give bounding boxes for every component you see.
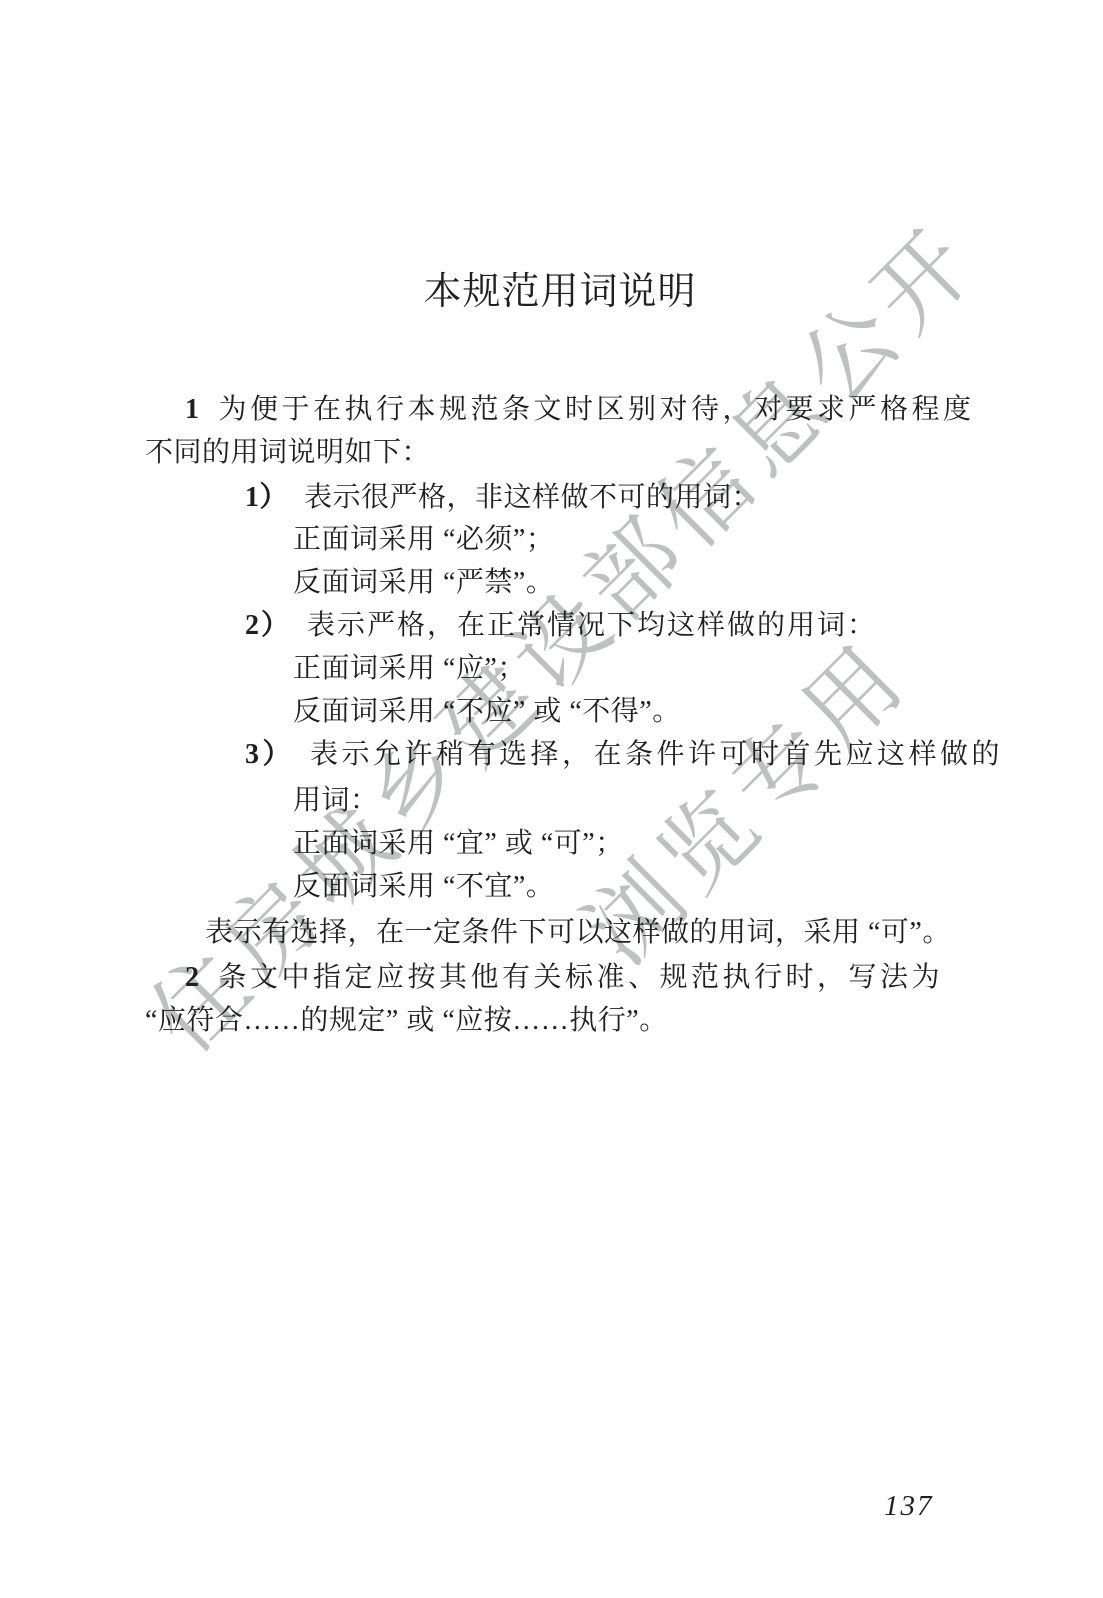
line-text: 正面词采用 “必须”； [293,524,554,555]
body-line: 不同的用词说明如下： [145,431,430,474]
line-text: 表示很严格，非这样做不可的用词： [304,482,760,513]
body-line: 3）表示允许稍有选择，在条件许可时首先应这样做的 [245,733,1003,776]
body-line: 反面词采用 “严禁”。 [293,561,554,604]
line-text: 反面词采用 “不宜”。 [293,871,554,902]
body-line: 正面词采用 “应”； [293,647,526,690]
page-number: 137 [884,1490,934,1523]
item-number: 3） [245,739,294,770]
body-line: 2）表示严格，在正常情况下均这样做的用词： [245,604,877,647]
body-line: “应符合……的规定” 或 “应按……执行”。 [145,999,668,1042]
line-text: 不同的用词说明如下： [145,437,430,468]
page-content: 本规范用词说明 1为便于在执行本规范条文时区别对待，对要求严格程度 不同的用词说… [0,0,1103,1598]
body-line: 表示有选择，在一定条件下可以这样做的用词，采用 “可”。 [205,911,951,954]
line-text: 表示严格，在正常情况下均这样做的用词： [307,610,877,641]
body-line: 2条文中指定应按其他有关标准、规范执行时，写法为 [185,956,943,999]
body-line: 用词： [293,779,379,822]
line-text: “应符合……的规定” 或 “应按……执行”。 [145,1005,668,1036]
line-text: 反面词采用 “严禁”。 [293,567,554,598]
item-number: 2） [245,610,291,641]
line-text: 正面词采用 “宜” 或 “可”； [293,828,624,859]
page-title: 本规范用词说明 [145,268,975,316]
line-text: 条文中指定应按其他有关标准、规范执行时，写法为 [219,962,944,993]
line-text: 正面词采用 “应”； [293,653,526,684]
body-line: 正面词采用 “必须”； [293,518,554,561]
paragraph-number: 2 [185,962,203,993]
item-number: 1） [245,482,288,513]
body-line: 正面词采用 “宜” 或 “可”； [293,822,624,865]
body-line: 1）表示很严格，非这样做不可的用词： [245,476,760,519]
body-line: 反面词采用 “不宜”。 [293,865,554,908]
body-line: 1为便于在执行本规范条文时区别对待，对要求严格程度 [185,388,975,431]
line-text: 反面词采用 “不应” 或 “不得”。 [293,696,681,727]
line-text: 表示有选择，在一定条件下可以这样做的用词，采用 “可”。 [205,917,951,948]
line-text: 为便于在执行本规范条文时区别对待，对要求严格程度 [219,394,975,425]
line-text: 用词： [293,785,379,816]
document-page: 住房城乡建设部信息公开 浏览专用 本规范用词说明 1为便于在执行本规范条文时区别… [0,0,1103,1598]
paragraph-number: 1 [185,394,203,425]
line-text: 表示允许稍有选择，在条件许可时首先应这样做的 [310,739,1003,770]
body-line: 反面词采用 “不应” 或 “不得”。 [293,690,681,733]
